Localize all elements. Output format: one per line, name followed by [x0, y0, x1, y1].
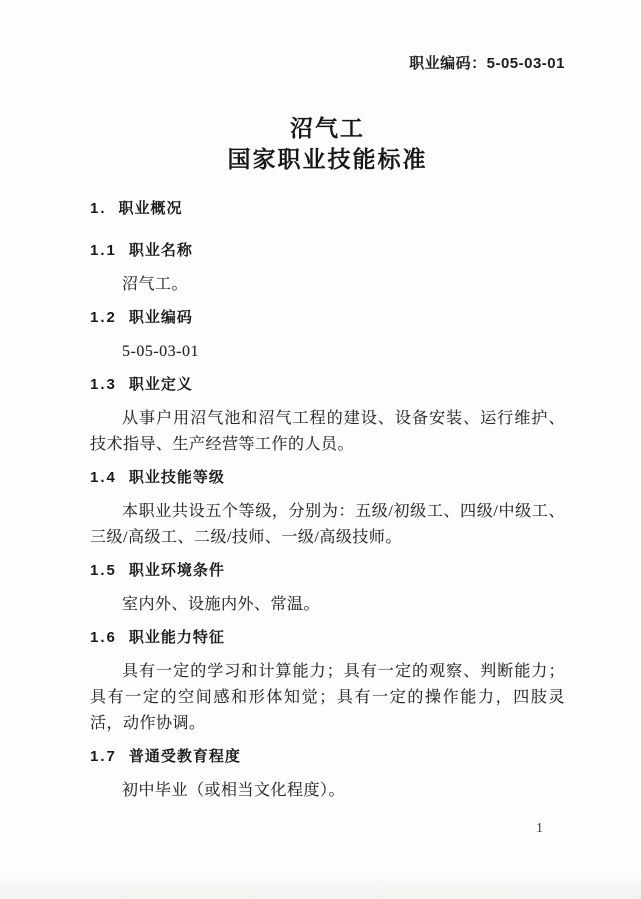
- section-heading: 1.职业概况: [90, 199, 565, 219]
- section-paragraph: 室内外、设施内外、常温。: [90, 592, 565, 618]
- section-number: 1.2: [90, 309, 117, 326]
- section-title: 职业定义: [129, 376, 193, 393]
- section-paragraph: 沼气工。: [90, 272, 565, 298]
- section-skill-levels: 1.4职业技能等级 本职业共设五个等级，分别为：五级/初级工、四级/中级工、三级…: [90, 468, 565, 551]
- section-heading: 1.6职业能力特征: [90, 628, 565, 648]
- section-number: 1.: [90, 200, 107, 217]
- page-content: 职业编码：5-05-03-01 沼气工 国家职业技能标准 1.职业概况 1.1职…: [90, 0, 565, 804]
- section-title: 普通受教育程度: [129, 748, 241, 765]
- section-title: 职业编码: [129, 309, 193, 326]
- header-occupation-code: 职业编码：5-05-03-01: [90, 0, 565, 73]
- section-title: 职业环境条件: [129, 562, 225, 579]
- section-ability-traits: 1.6职业能力特征 具有一定的学习和计算能力；具有一定的观察、判断能力；具有一定…: [90, 628, 565, 737]
- section-heading: 1.5职业环境条件: [90, 561, 565, 581]
- section-title: 职业技能等级: [129, 469, 225, 486]
- title-standard-name: 国家职业技能标准: [90, 144, 565, 175]
- section-paragraph: 本职业共设五个等级，分别为：五级/初级工、四级/中级工、三级/高级工、二级/技师…: [90, 499, 565, 551]
- section-education-level: 1.7普通受教育程度 初中毕业（或相当文化程度）。: [90, 747, 565, 804]
- section-environment-conditions: 1.5职业环境条件 室内外、设施内外、常温。: [90, 561, 565, 618]
- section-paragraph: 5-05-03-01: [90, 339, 565, 365]
- section-number: 1.7: [90, 748, 117, 765]
- section-paragraph: 初中毕业（或相当文化程度）。: [90, 778, 565, 804]
- section-heading: 1.3职业定义: [90, 375, 565, 395]
- section-heading: 1.7普通受教育程度: [90, 747, 565, 767]
- section-occupation-code: 1.2职业编码 5-05-03-01: [90, 308, 565, 365]
- section-number: 1.5: [90, 562, 117, 579]
- section-title: 职业名称: [129, 242, 193, 259]
- section-title: 职业概况: [119, 200, 183, 217]
- section-occupation-definition: 1.3职业定义 从事户用沼气池和沼气工程的建设、设备安装、运行维护、技术指导、生…: [90, 375, 565, 458]
- document-title: 沼气工 国家职业技能标准: [90, 113, 565, 175]
- section-heading: 1.1职业名称: [90, 241, 565, 261]
- section-paragraph: 从事户用沼气池和沼气工程的建设、设备安装、运行维护、技术指导、生产经营等工作的人…: [90, 406, 565, 458]
- section-number: 1.3: [90, 376, 117, 393]
- section-heading: 1.4职业技能等级: [90, 468, 565, 488]
- title-occupation-name: 沼气工: [90, 113, 565, 144]
- section-number: 1.1: [90, 242, 117, 259]
- section-occupation-name: 1.1职业名称 沼气工。: [90, 241, 565, 298]
- section-heading: 1.2职业编码: [90, 308, 565, 328]
- section-number: 1.6: [90, 629, 117, 646]
- section-title: 职业能力特征: [129, 629, 225, 646]
- page-number: 1: [536, 820, 543, 838]
- section-number: 1.4: [90, 469, 117, 486]
- section-paragraph: 具有一定的学习和计算能力；具有一定的观察、判断能力；具有一定的空间感和形体知觉；…: [90, 659, 565, 737]
- document-page: 职业编码：5-05-03-01 沼气工 国家职业技能标准 1.职业概况 1.1职…: [0, 0, 641, 899]
- section-overview: 1.职业概况: [90, 199, 565, 219]
